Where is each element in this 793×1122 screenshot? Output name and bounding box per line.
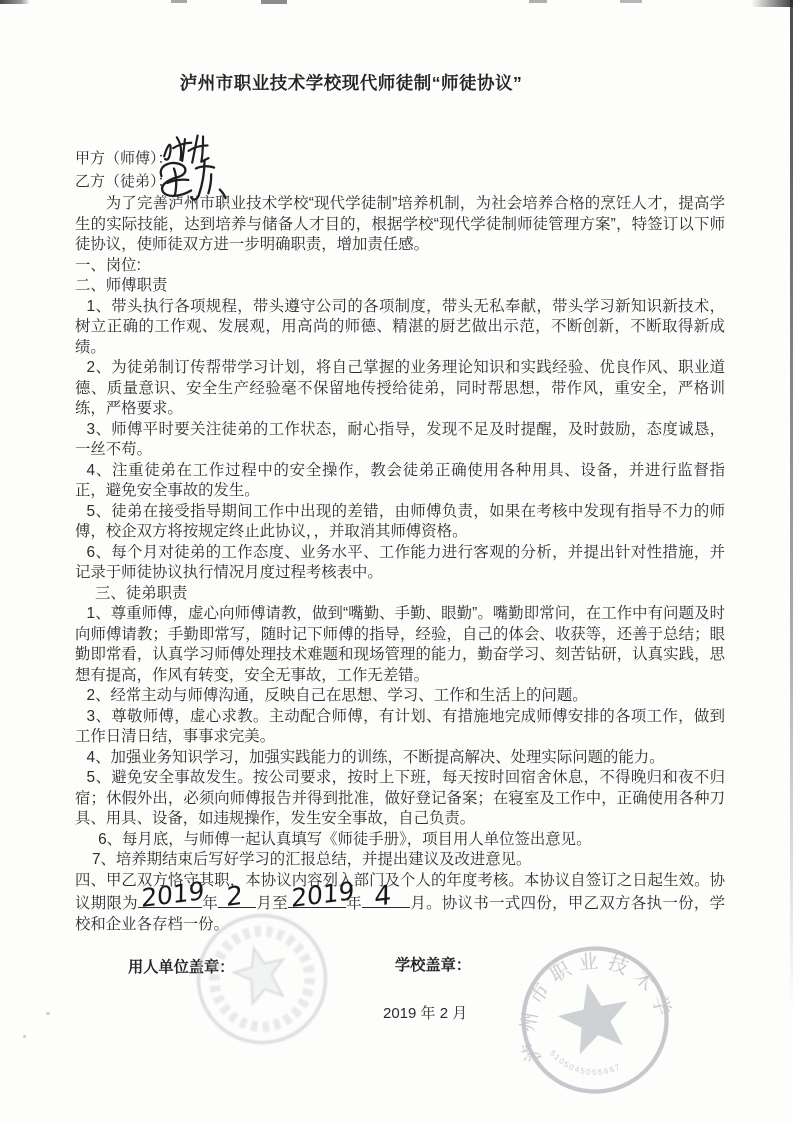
mentor-duty-1: 1、带头执行各项规程，带头遵守公司的各项制度，带头无私奉献，带头学习新知识新技术… xyxy=(75,297,725,359)
page-title: 泸州市职业技术学校现代师徒制“师徒协议” xyxy=(75,70,627,95)
employer-seal-label: 用人单位盖章： xyxy=(128,956,234,977)
stamp-star-icon xyxy=(229,942,291,1006)
scan-artifact xyxy=(0,0,30,4)
handwritten-end-year: 2019 xyxy=(291,878,355,911)
term-start-month-blank: 2 xyxy=(218,891,256,908)
mentor-duty-3: 3、师傅平时要关注徒弟的工作状态，耐心指导，发现不足及时提醒，及时鼓励，态度诚恳… xyxy=(75,420,725,461)
scan-speck xyxy=(46,1012,50,1015)
apprentice-duty-1: 1、尊重师傅，虚心向师傅请教，做到“嘴勤、手勤、眼勤”。嘴勤即常问，在工作中有问… xyxy=(75,604,725,686)
mentor-duty-6: 6、每个月对徒弟的工作态度、业务水平、工作能力进行客观的分析，并提出针对性措施，… xyxy=(75,543,725,584)
scanned-agreement-page: 泸州市职业技术学校现代师徒制“师徒协议” 甲方（师傅）： 乙方（徒弟）： 为了完… xyxy=(0,0,793,1122)
apprentice-duty-2: 2、经常主动与师傅沟通，反映自己在思想、学习、工作和生活上的问题。 xyxy=(75,686,725,707)
school-stamp-arc-text: 泸州市职业技术学校 xyxy=(500,925,679,1067)
handwritten-start-year: 2019 xyxy=(141,878,205,911)
year-label: 年 xyxy=(202,895,218,912)
scan-speck xyxy=(23,1035,26,1038)
school-seal-label: 学校盖章： xyxy=(395,954,471,975)
apprentice-duty-3: 3、尊敬师傅，虚心求教。主动配合师傅，有计划、有措施地完成师傅安排的各项工作，做… xyxy=(75,707,725,748)
apprentice-duty-6: 6、每月底，与师傅一起认真填写《师徒手册》，项目用人单位签出意见。 xyxy=(75,830,725,851)
svg-text:5105045055667: 5105045055667 xyxy=(547,1036,623,1087)
apprentice-duty-7: 7、培养期结束后写好学习的汇报总结，并提出建议及改进意见。 xyxy=(75,850,725,871)
section-1-heading: 一、岗位: xyxy=(75,256,725,277)
scan-artifact xyxy=(261,0,287,4)
term-start-year-blank: 2019 xyxy=(138,891,202,908)
mentor-duty-4: 4、注重徒弟在工作过程中的安全操作，教会徒弟正确使用各种用具、设备，并进行监督指… xyxy=(75,461,725,502)
agreement-body: 为了完善泸州市职业技术学校“现代学徒制”培养机制，为社会培养合格的烹饪人才，提高… xyxy=(75,194,725,935)
term-end-year-blank: 2019 xyxy=(288,891,346,908)
agreement-date: 2019 年 2 月 xyxy=(383,1002,467,1023)
mentor-duty-2: 2、为徒弟制订传帮带学习计划，将自己掌握的业务理论知识和实践经验、优良作风、职业… xyxy=(75,358,725,420)
intro-paragraph: 为了完善泸州市职业技术学校“现代学徒制”培养机制，为社会培养合格的烹饪人才，提高… xyxy=(75,194,725,256)
handwritten-end-month: 4 xyxy=(374,882,392,911)
month-to-label: 月至 xyxy=(256,895,288,912)
mentor-duty-5: 5、徒弟在接受指导期间工作中出现的差错，由师傅负责，如果在考核中发现有指导不力的… xyxy=(75,502,725,543)
scan-artifact xyxy=(620,0,642,3)
term-end-month-blank: 4 xyxy=(362,891,410,908)
apprentice-duty-4: 4、加强业务知识学习，加强实践能力的训练，不断提高解决、处理实际问题的能力。 xyxy=(75,748,725,769)
section-3-heading: 三、徒弟职责 xyxy=(75,584,725,605)
school-stamp-number: 5105045055667 xyxy=(547,1036,623,1087)
stamp-star-icon xyxy=(552,976,636,1058)
apprentice-duty-5: 5、避免安全事故发生。按公司要求，按时上下班，每天按时回宿舍休息，不得晚归和夜不… xyxy=(75,768,725,830)
scan-artifact xyxy=(751,0,793,7)
scan-artifact xyxy=(529,0,547,3)
handwritten-start-month: 2 xyxy=(226,883,243,911)
scan-artifact xyxy=(171,0,187,3)
school-round-stamp: 泸州市职业技术学校 5105045055667 xyxy=(500,925,690,1115)
svg-text:泸州市职业技术学校: 泸州市职业技术学校 xyxy=(500,925,679,1067)
section-4-paragraph: 四、甲乙双方恪守其职，本协议内容列入部门及个人的年度考核。本协议自签订之日起生效… xyxy=(75,871,725,936)
section-2-heading: 二、师傅职责 xyxy=(75,276,725,297)
